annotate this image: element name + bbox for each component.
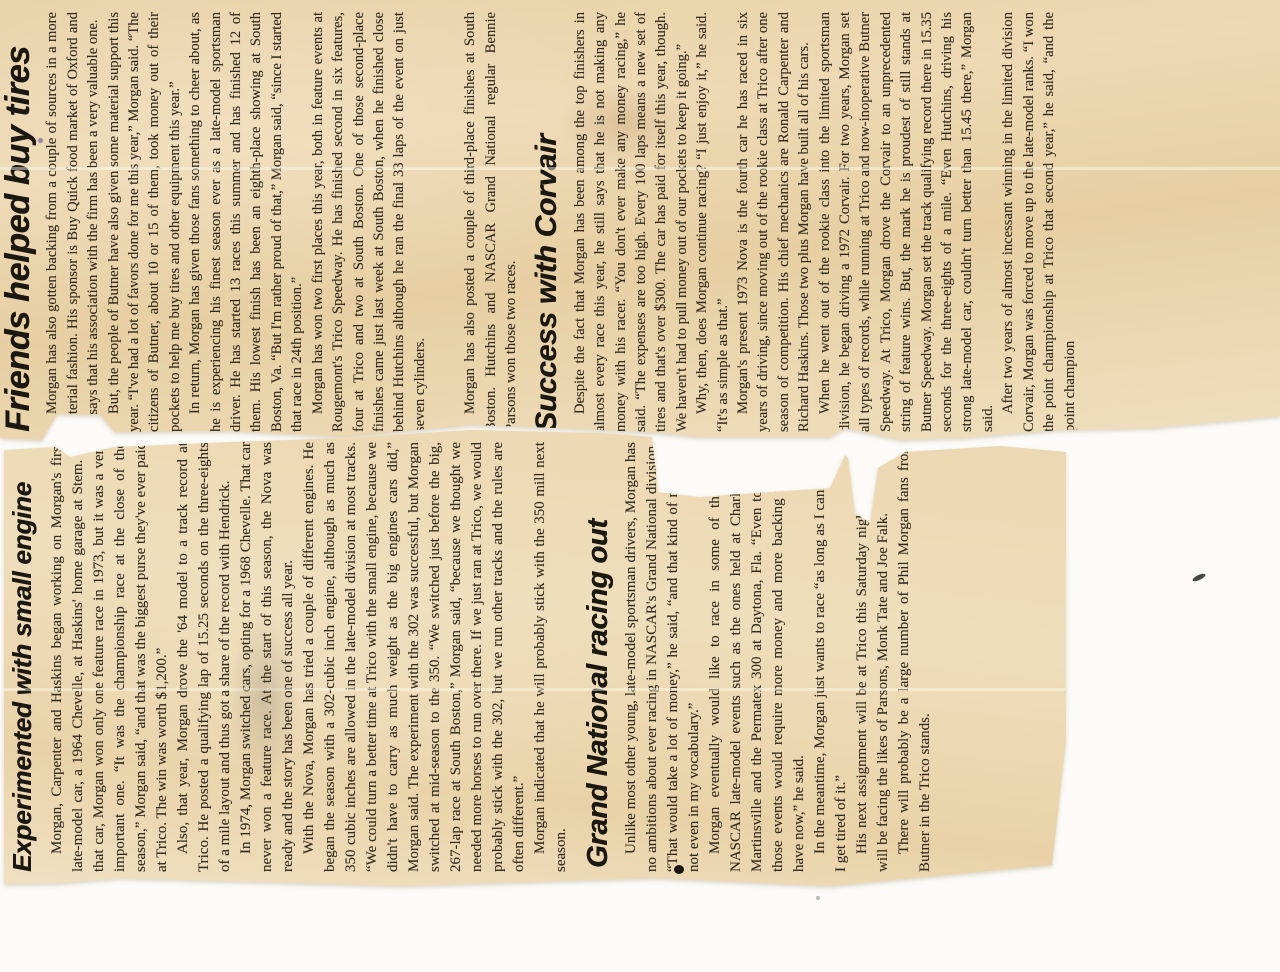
article-paragraph: Despite the fact that Morgan has been am…: [570, 12, 692, 432]
article-paragraph: But, the people of Butner have also give…: [104, 12, 186, 432]
purple-speck: [38, 138, 43, 143]
paper-fold-streak: [0, 688, 1070, 691]
article-paragraph: After two years of almost incessant winn…: [998, 12, 1080, 432]
article-paragraph: Morgan's present 1973 Nova is the fourth…: [733, 12, 815, 432]
headline-friends-helped-buy-tires: Friends helped buy tires: [8, 12, 28, 432]
clipping-experimented-small-engine: Experimented with small engine Morgan, C…: [0, 428, 1070, 888]
article-paragraph: Morgan has won two first places this yea…: [308, 12, 430, 432]
article-paragraph: Morgan has also posted a couple of third…: [460, 12, 521, 432]
article-paragraph: Morgan has also gotten backing from a co…: [42, 12, 103, 432]
article-paragraph: Morgan indicated that he will probably s…: [530, 442, 572, 872]
article-paragraph: Why, then, does Morgan continue racing? …: [692, 12, 733, 432]
article-paragraph: In return, Morgan has given those fans s…: [185, 12, 307, 432]
article-paragraph: Morgan eventually would like to race in …: [705, 442, 810, 872]
ink-dot-mark: [674, 865, 684, 874]
article-paragraph: With the Nova, Morgan has tried a couple…: [299, 442, 530, 872]
subhead-success-with-corvair: Success with Corvair: [537, 12, 557, 432]
scanned-page: Friends helped buy tires Morgan has also…: [0, 0, 1280, 972]
article-paragraph: There will probably be a large number of…: [894, 442, 936, 872]
article-paragraph: His next assignment will be at Trico thi…: [852, 442, 894, 872]
clipping-top-wrap: Friends helped buy tires Morgan has also…: [0, 0, 1280, 444]
article-paragraph: When he went out of the rookie class int…: [815, 12, 999, 432]
subhead-grand-national-racing-out: Grand National racing out: [588, 442, 609, 868]
clipping-bottom-wrap: Experimented with small engine Morgan, C…: [0, 428, 1070, 888]
rotated-article-experimented: Experimented with small engine Morgan, C…: [0, 428, 1070, 888]
clipping-friends-helped-buy-tires: Friends helped buy tires Morgan has also…: [0, 0, 1280, 444]
article-paragraph: In the meantime, Morgan just wants to ra…: [810, 442, 852, 872]
article-paragraph: Unlike most other young, late-model spor…: [621, 442, 705, 872]
faint-dot-mark: [816, 896, 820, 900]
headline-experimented-with-small-engine: Experimented with small engine: [12, 442, 33, 872]
article-paragraph: Also, that year, Morgan drove the '64 mo…: [173, 442, 236, 872]
article-paragraph: Morgan, Carpenter and Haskins began work…: [47, 442, 173, 872]
paper-fold-streak: [0, 167, 1280, 170]
pen-mark: [1192, 572, 1207, 582]
ink-smudge: [228, 613, 300, 785]
rotated-article-friends: Friends helped buy tires Morgan has also…: [0, 0, 1280, 444]
